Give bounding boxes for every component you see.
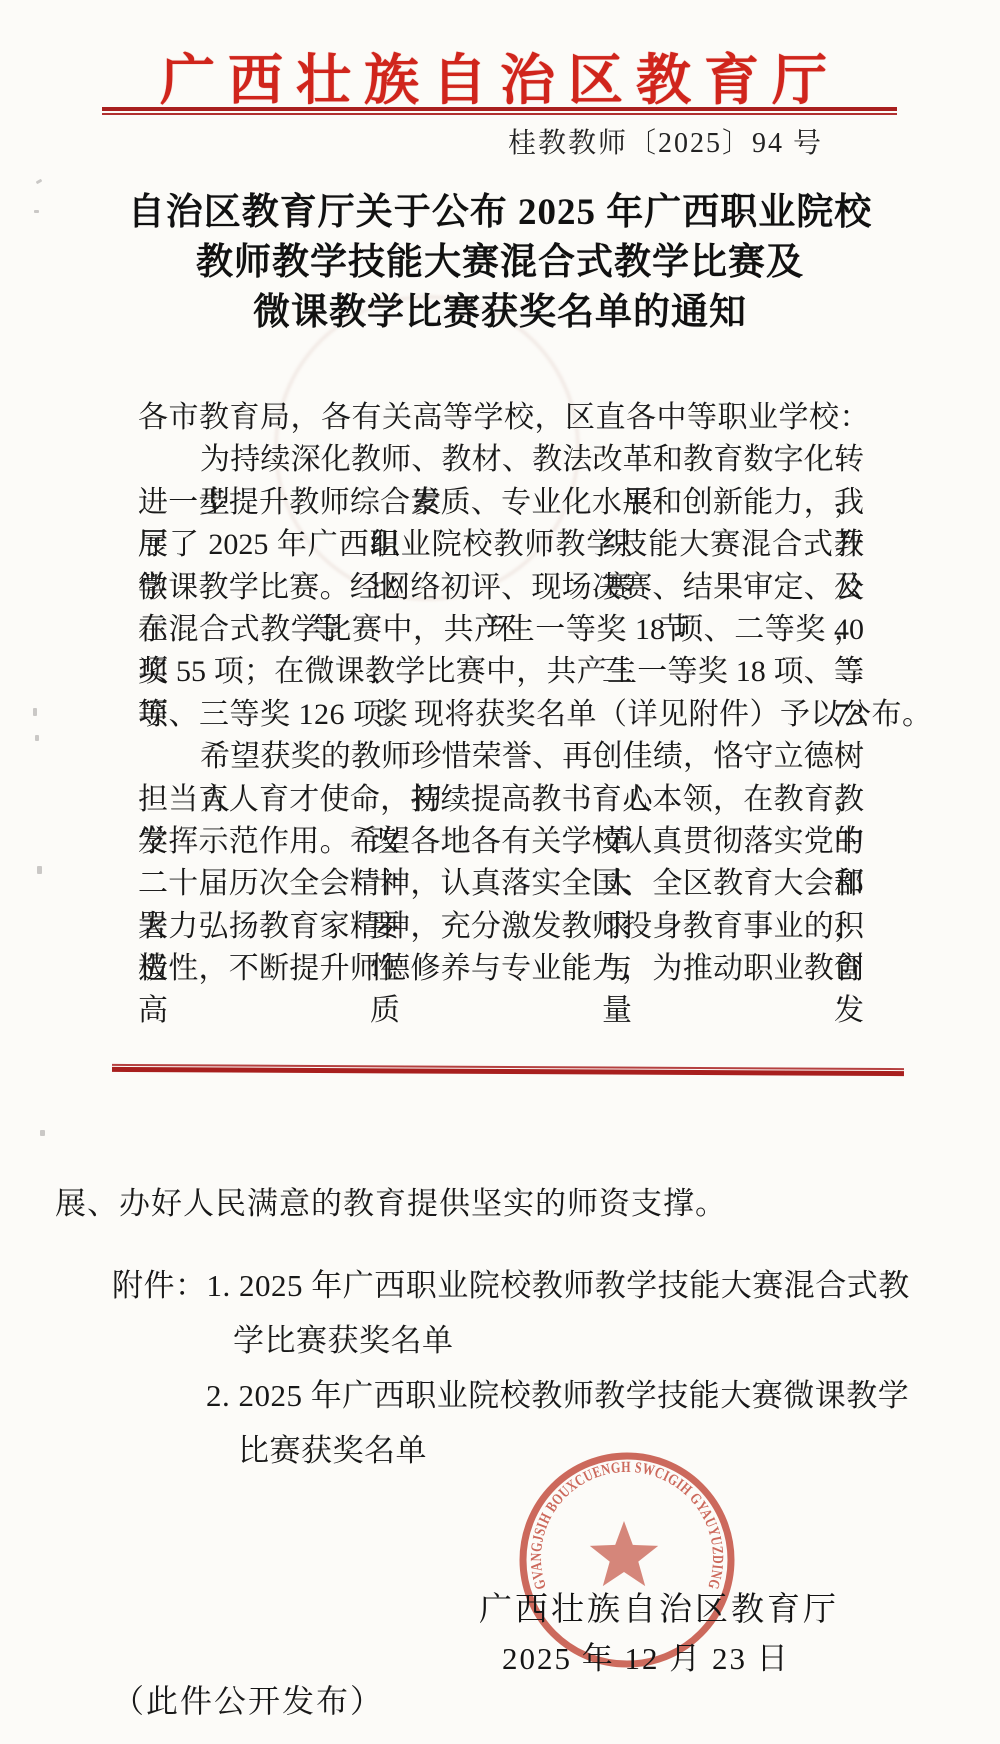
letterhead-agency-title: 广西壮族自治区教育厅 [0, 36, 1000, 115]
body-text-line: 奖 55 项；在微课教学比赛中，共产生一等奖 18 项、二等奖 73 [138, 651, 864, 693]
body-text-line: 展了 2025 年广西职业院校教师教学技能大赛混合式教学比赛及 [138, 524, 864, 566]
body-continuation-line: 展、办好人民满意的教育提供坚实的师资支撑。 [55, 1178, 727, 1223]
public-release-note: （此件公开发布） [112, 1676, 384, 1722]
document-title: 自治区教育厅关于公布 2025 年广西职业院校教师教学技能大赛混合式教学比赛及微… [0, 188, 1000, 338]
rule-thin-line [102, 113, 897, 115]
seal-graphic: GVANGJSIH BOUXCUENGH SWCIGIH GYAUYUZDING… [512, 1446, 731, 1664]
document-title-line: 教师教学技能大赛混合式教学比赛及 [0, 238, 1000, 288]
scan-artifact [33, 708, 37, 716]
body-text-line: 造性，不断提升师德修养与专业能力，为推动职业教育高质量发 [138, 948, 864, 990]
body-text-line: 进一步提升教师综合素质、专业化水平和创新能力，我厅组织开 [138, 482, 864, 524]
signature-date: 2025 年 12 月 23 日 [502, 1633, 790, 1678]
attachment-line: 2. 2025 年广西职业院校教师教学技能大赛微课教学 [112, 1370, 872, 1425]
attachment-line: 附件：1. 2025 年广西职业院校教师教学技能大赛混合式教 [112, 1260, 872, 1315]
signature-agency: 广西壮族自治区教育厅 [479, 1583, 839, 1630]
scan-artifact [34, 210, 39, 213]
body-text-line: 为持续深化教师、教材、教法改革和教育数字化转型发展， [138, 439, 864, 481]
scan-artifact [37, 866, 42, 874]
attachment-line: 学比赛获奖名单 [112, 1315, 872, 1370]
document-title-line: 自治区教育厅关于公布 2025 年广西职业院校 [0, 188, 1000, 238]
body-text-line: 二十届历次全会精神，认真落实全国、全区教育大会部署要求， [138, 863, 864, 905]
attachment-line: 比赛获奖名单 [112, 1425, 872, 1480]
rule-thick-line [102, 107, 897, 111]
body-text-line: 大力弘扬教育家精神，充分激发教师投身教育事业的积极性与创 [138, 906, 864, 948]
body-text-line: 发挥示范作用。希望各地各有关学校认真贯彻落实党的二十大和 [138, 821, 864, 863]
document-number: 桂教教师〔2025〕94 号 [0, 121, 823, 161]
body-text-line: 项、三等奖 126 项。现将获奖名单（详见附件）予以公布。 [138, 694, 864, 736]
page-divider-rule [112, 1064, 904, 1076]
body-text-line: 希望获奖的教师珍惜荣誉、再创佳绩，恪守立德树人初心， [138, 736, 864, 778]
attachments-list: 附件：1. 2025 年广西职业院校教师教学技能大赛混合式教学比赛获奖名单2. … [112, 1260, 872, 1480]
body-paragraphs: 各市教育局，各有关高等学校，区直各中等职业学校：为持续深化教师、教材、教法改革和… [138, 397, 864, 990]
star-icon [590, 1521, 658, 1586]
document-title-line: 微课教学比赛获奖名单的通知 [0, 288, 1000, 338]
scan-artifact [36, 179, 43, 185]
body-text-line: 在混合式教学比赛中，共产生一等奖 18 项、二等奖 40 项、三等 [138, 609, 864, 651]
letterhead-double-rule [102, 107, 897, 116]
body-text-line: 微课教学比赛。经网络初评、现场决赛、结果审定、公示等环节， [138, 567, 864, 609]
scan-artifact [35, 735, 39, 741]
scanned-official-document: 广西壮族自治区教育厅 桂教教师〔2025〕94 号 自治区教育厅关于公布 202… [0, 0, 1000, 1744]
body-text-line: 担当育人育才使命，持续提高教书育人本领，在教育教学改革中 [138, 779, 864, 821]
body-text-line: 各市教育局，各有关高等学校，区直各中等职业学校： [138, 397, 864, 439]
scan-artifact [40, 1130, 45, 1136]
